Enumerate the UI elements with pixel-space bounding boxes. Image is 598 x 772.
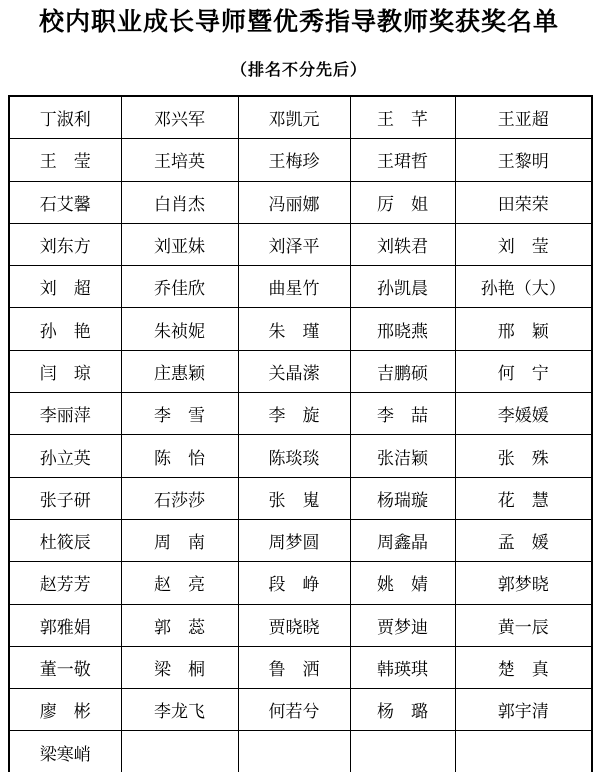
name-cell: 邓兴军 [121,96,238,139]
name-cell: 邢晓燕 [350,308,455,350]
name-cell: 张 殊 [455,435,592,477]
table-row: 赵芳芳赵 亮段 峥姚 婧郭梦晓 [9,562,592,604]
name-cell: 李龙飞 [121,689,238,731]
name-cell: 孙艳（大） [455,266,592,308]
table-row: 张子研石莎莎张 嵬杨瑞璇花 慧 [9,477,592,519]
page-subtitle: （排名不分先后） [0,38,598,95]
name-cell: 梁寒峭 [9,731,121,772]
table-row: 郭雅娟郭 蕊贾晓晓贾梦迪黄一辰 [9,604,592,646]
name-cell: 楚 真 [455,646,592,688]
name-cell: 何若兮 [238,689,350,731]
table-row: 孙 艳朱祯妮朱 瑾邢晓燕邢 颖 [9,308,592,350]
table-row: 刘东方刘亚妹刘泽平刘轶君刘 莹 [9,223,592,265]
name-cell: 朱祯妮 [121,308,238,350]
name-cell: 厉 姐 [350,181,455,223]
name-cell: 刘轶君 [350,223,455,265]
table-row: 闫 琼庄惠颖关晶潆吉鹏硕何 宁 [9,350,592,392]
name-cell: 乔佳欣 [121,266,238,308]
name-cell: 周鑫晶 [350,519,455,561]
document-page: 校内职业成长导师暨优秀指导教师奖获奖名单 （排名不分先后） 丁淑利邓兴军邓凯元王… [0,0,598,772]
name-cell: 郭 蕊 [121,604,238,646]
name-cell: 王 芊 [350,96,455,139]
name-cell [238,731,350,772]
name-cell: 王珺哲 [350,139,455,181]
name-cell: 关晶潆 [238,350,350,392]
name-cell: 王黎明 [455,139,592,181]
table-row: 杜筱辰周 南周梦圆周鑫晶孟 媛 [9,519,592,561]
name-cell: 孟 媛 [455,519,592,561]
name-cell: 丁淑利 [9,96,121,139]
name-cell: 杜筱辰 [9,519,121,561]
name-cell: 董一敬 [9,646,121,688]
name-cell: 陈 怡 [121,435,238,477]
name-cell: 王 莹 [9,139,121,181]
name-cell: 李 旋 [238,393,350,435]
name-cell: 张洁颖 [350,435,455,477]
name-cell: 郭梦晓 [455,562,592,604]
table-row: 李丽萍李 雪李 旋李 喆李媛媛 [9,393,592,435]
name-cell: 邢 颖 [455,308,592,350]
name-cell: 黄一辰 [455,604,592,646]
name-cell: 何 宁 [455,350,592,392]
table-row: 石艾馨白肖杰冯丽娜厉 姐田荣荣 [9,181,592,223]
name-cell: 王培英 [121,139,238,181]
table-row: 梁寒峭 [9,731,592,772]
name-cell: 吉鹏硕 [350,350,455,392]
name-cell: 王梅珍 [238,139,350,181]
name-cell: 刘泽平 [238,223,350,265]
name-cell: 贾梦迪 [350,604,455,646]
table-row: 刘 超乔佳欣曲星竹孙凯晨孙艳（大） [9,266,592,308]
name-cell: 刘亚妹 [121,223,238,265]
name-cell: 刘 超 [9,266,121,308]
name-cell: 孙立英 [9,435,121,477]
name-cell [350,731,455,772]
name-cell: 李媛媛 [455,393,592,435]
name-cell: 贾晓晓 [238,604,350,646]
name-cell: 田荣荣 [455,181,592,223]
name-cell: 白肖杰 [121,181,238,223]
name-cell: 李 喆 [350,393,455,435]
awardees-table-body: 丁淑利邓兴军邓凯元王 芊王亚超王 莹王培英王梅珍王珺哲王黎明石艾馨白肖杰冯丽娜厉… [9,96,592,772]
name-cell [455,731,592,772]
name-cell: 梁 桐 [121,646,238,688]
name-cell: 陈琰琰 [238,435,350,477]
name-cell [121,731,238,772]
name-cell: 赵 亮 [121,562,238,604]
name-cell: 赵芳芳 [9,562,121,604]
name-cell: 冯丽娜 [238,181,350,223]
name-cell: 王亚超 [455,96,592,139]
name-cell: 杨 璐 [350,689,455,731]
name-cell: 刘东方 [9,223,121,265]
table-row: 廖 彬李龙飞何若兮杨 璐郭宇清 [9,689,592,731]
name-cell: 孙凯晨 [350,266,455,308]
name-cell: 周 南 [121,519,238,561]
name-cell: 韩瑛琪 [350,646,455,688]
name-cell: 刘 莹 [455,223,592,265]
name-cell: 鲁 洒 [238,646,350,688]
name-cell: 闫 琼 [9,350,121,392]
name-cell: 石莎莎 [121,477,238,519]
table-row: 丁淑利邓兴军邓凯元王 芊王亚超 [9,96,592,139]
name-cell: 李丽萍 [9,393,121,435]
name-cell: 花 慧 [455,477,592,519]
table-row: 王 莹王培英王梅珍王珺哲王黎明 [9,139,592,181]
name-cell: 庄惠颖 [121,350,238,392]
name-cell: 朱 瑾 [238,308,350,350]
name-cell: 李 雪 [121,393,238,435]
name-cell: 郭宇清 [455,689,592,731]
name-cell: 段 峥 [238,562,350,604]
name-cell: 周梦圆 [238,519,350,561]
name-cell: 姚 婧 [350,562,455,604]
awardees-table: 丁淑利邓兴军邓凯元王 芊王亚超王 莹王培英王梅珍王珺哲王黎明石艾馨白肖杰冯丽娜厉… [8,95,593,772]
name-cell: 廖 彬 [9,689,121,731]
table-row: 董一敬梁 桐鲁 洒韩瑛琪楚 真 [9,646,592,688]
name-cell: 邓凯元 [238,96,350,139]
page-title: 校内职业成长导师暨优秀指导教师奖获奖名单 [0,0,598,38]
name-cell: 曲星竹 [238,266,350,308]
name-cell: 石艾馨 [9,181,121,223]
name-cell: 孙 艳 [9,308,121,350]
name-cell: 张子研 [9,477,121,519]
table-row: 孙立英陈 怡陈琰琰张洁颖张 殊 [9,435,592,477]
name-cell: 杨瑞璇 [350,477,455,519]
name-cell: 郭雅娟 [9,604,121,646]
name-cell: 张 嵬 [238,477,350,519]
